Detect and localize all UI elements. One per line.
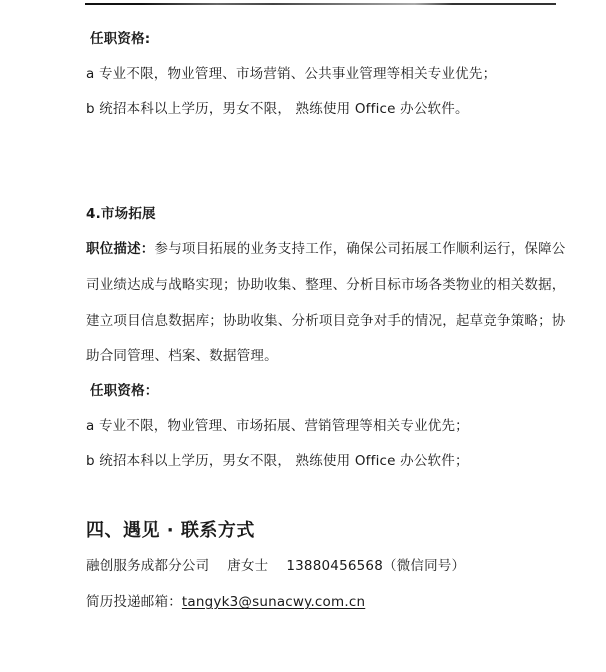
qualifications-label: 任职资格: xyxy=(90,30,150,48)
contact-heading: 四、遇见 · 联系方式 xyxy=(86,519,255,543)
qualification-item: b 统招本科以上学历，男女不限， 熟练使用 Office 办公软件； xyxy=(86,452,469,470)
email-label: 简历投递邮箱： xyxy=(86,594,182,610)
qualifications-label: 任职资格： xyxy=(90,382,159,400)
top-divider xyxy=(85,3,556,5)
job-description-line: 建立项目信息数据库；协助收集、分析项目竞争对手的情况，起草竞争策略；协 xyxy=(86,312,554,330)
description-text: 参与项目拓展的业务支持工作，确保公司拓展工作顺利运行，保障公 xyxy=(155,241,566,257)
job-description-line: 司业绩达成与战略实现；协助收集、整理、分析目标市场各类物业的相关数据， xyxy=(86,276,554,294)
qualification-item: a 专业不限，物业管理、市场营销、公共事业管理等相关专业优先； xyxy=(86,65,496,83)
description-label: 职位描述： xyxy=(86,241,155,257)
email-line: 简历投递邮箱：tangyk3@sunacwy.com.cn xyxy=(86,593,365,611)
job-description-line: 职位描述：参与项目拓展的业务支持工作，确保公司拓展工作顺利运行，保障公 xyxy=(86,240,554,258)
contact-company-line: 融创服务成都分公司 唐女士 13880456568（微信同号） xyxy=(86,557,465,575)
section-title: 4.市场拓展 xyxy=(86,205,156,223)
qualification-item: b 统招本科以上学历，男女不限， 熟练使用 Office 办公软件。 xyxy=(86,100,469,118)
job-description-line: 助合同管理、档案、数据管理。 xyxy=(86,347,278,365)
email-link[interactable]: tangyk3@sunacwy.com.cn xyxy=(182,594,365,610)
qualification-item: a 专业不限，物业管理、市场拓展、营销管理等相关专业优先； xyxy=(86,417,469,435)
